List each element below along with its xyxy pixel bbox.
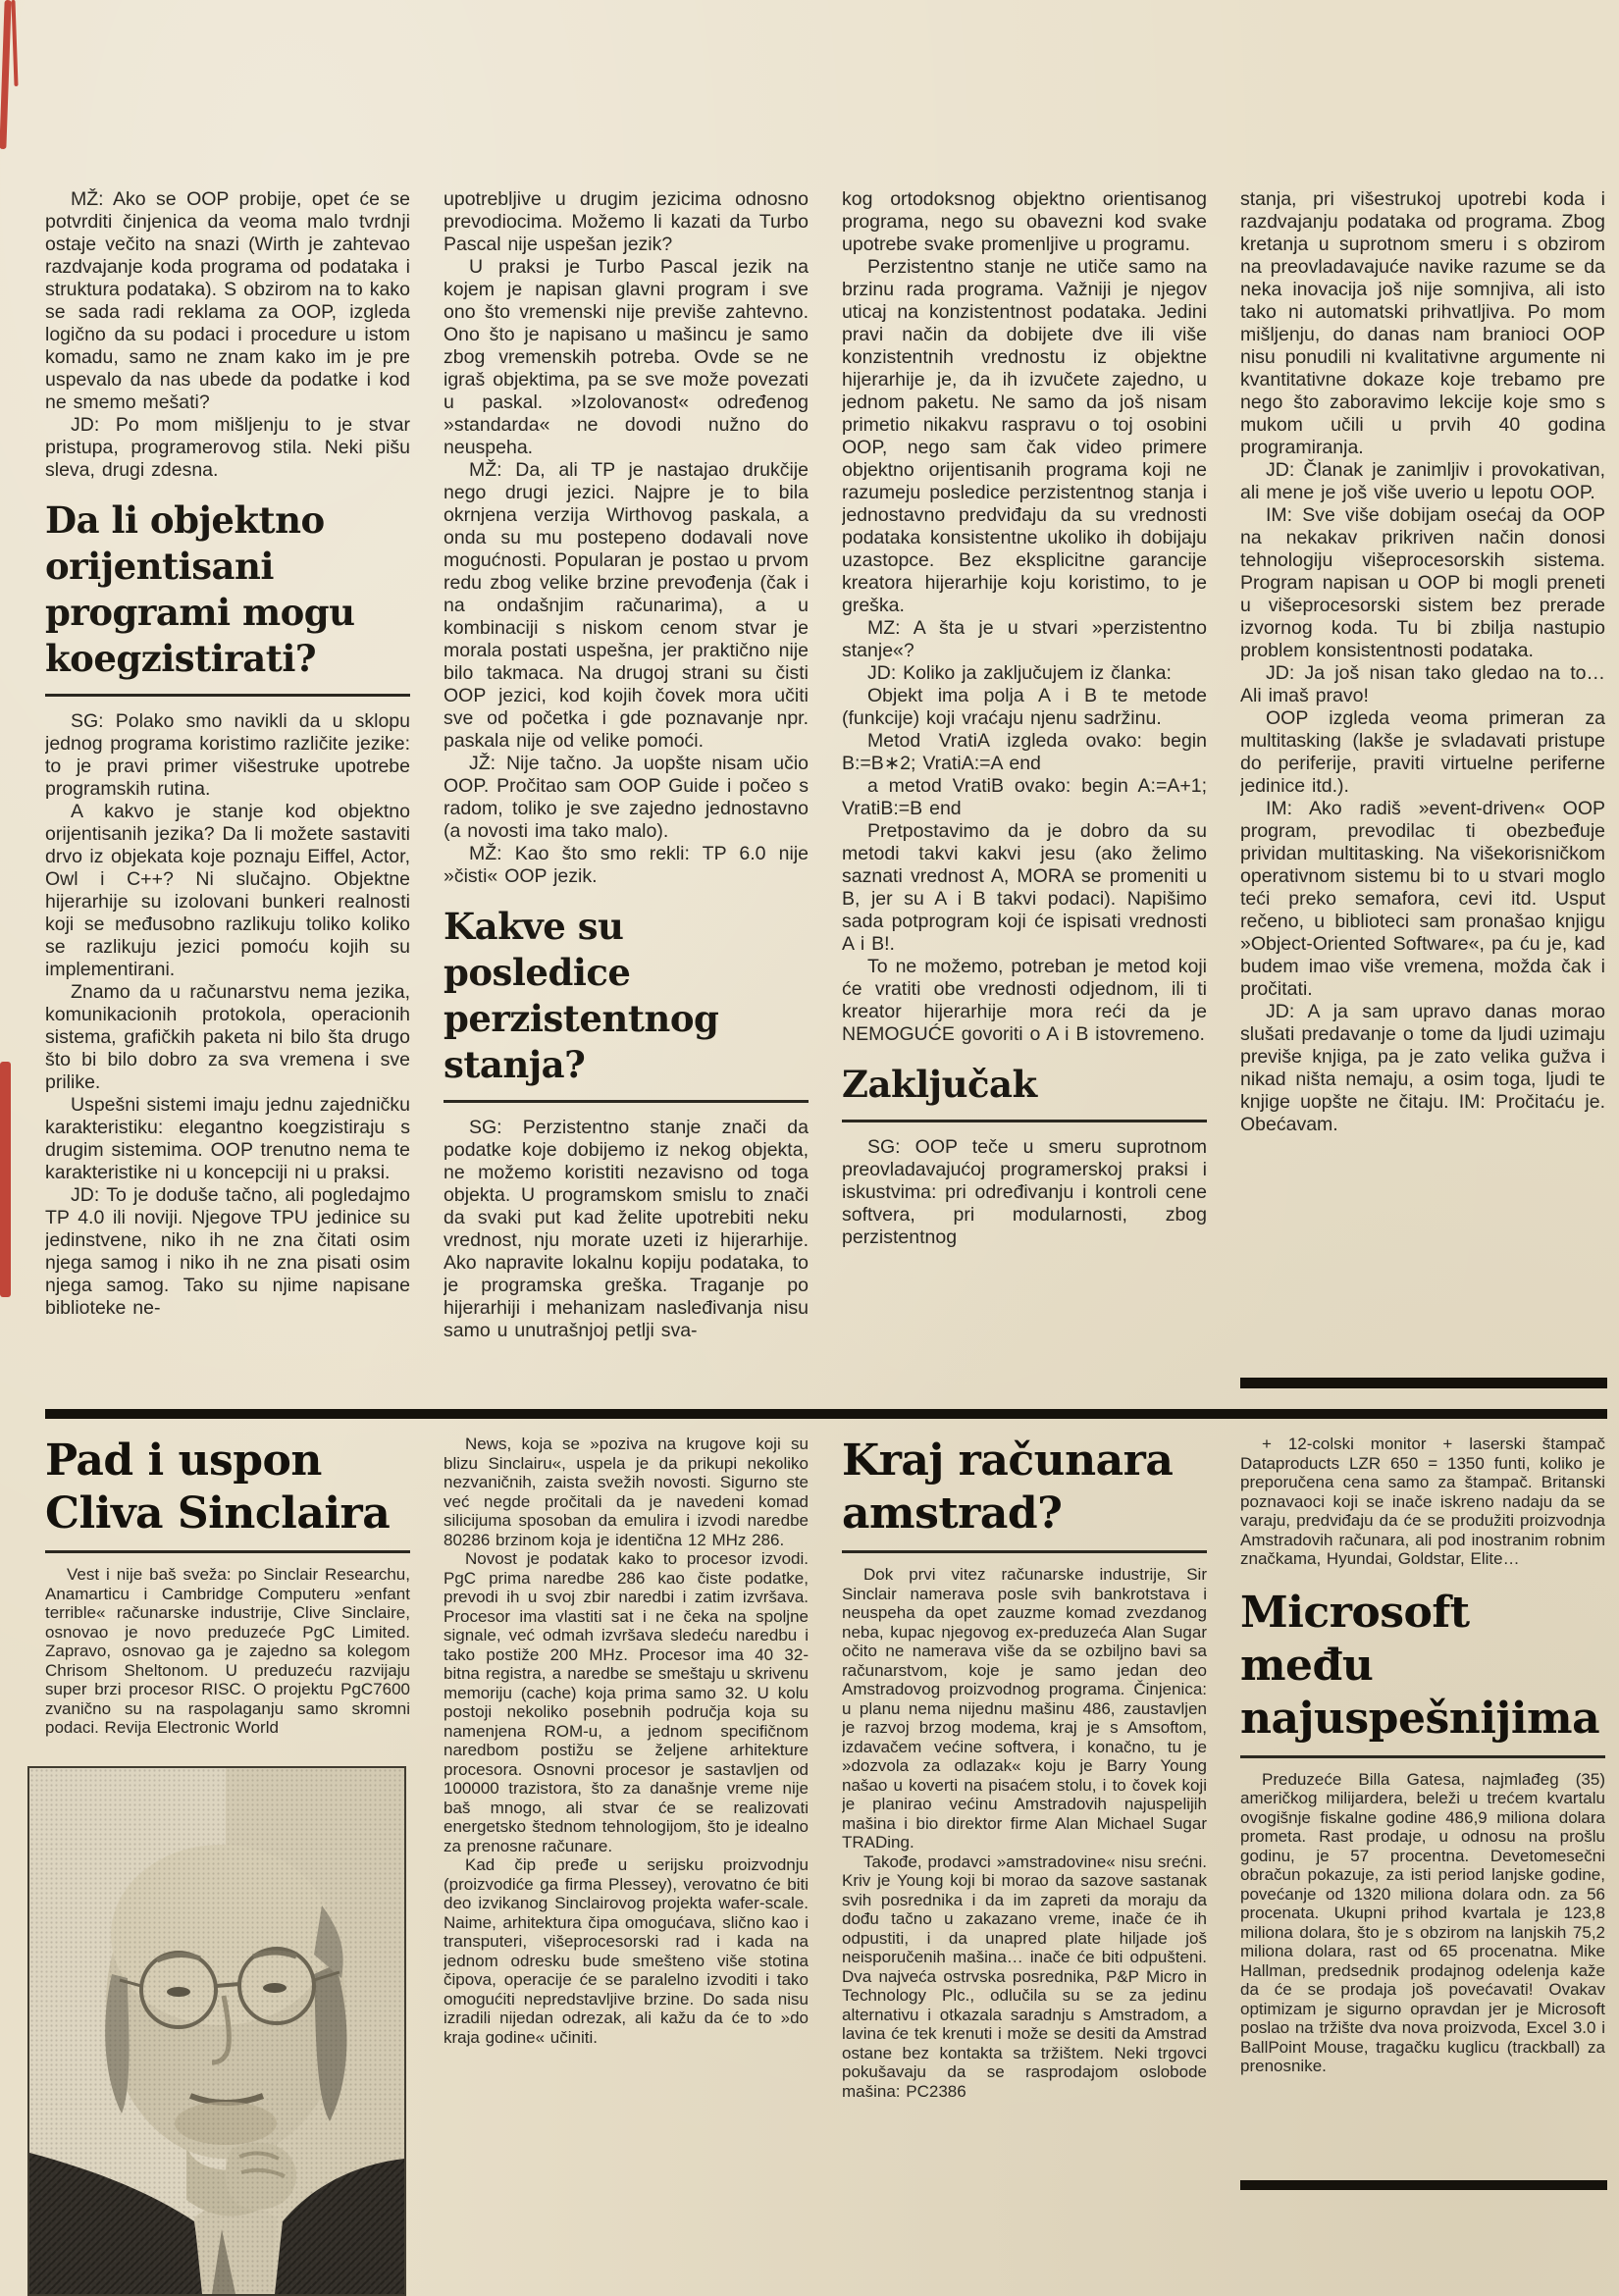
interview-code-line: Metod VratiA izgleda ovako: begin B:=B∗2… — [842, 730, 1207, 775]
interview-paragraph: JD: A ja sam upravo danas morao slušati … — [1240, 1001, 1605, 1136]
interview-paragraph: A kakvo je stanje kod objektno orijentis… — [45, 801, 410, 981]
article-paragraph: Novost je podatak kako to procesor izvod… — [444, 1549, 809, 1855]
interview-paragraph: JD: Koliko ja zaključujem iz članka: — [842, 662, 1207, 685]
interview-paragraph: MŽ: Ako se OOP probije, opet će se potvr… — [45, 188, 410, 414]
article-paragraph: Preduzeće Billa Gatesa, najmlađeg (35) a… — [1240, 1770, 1605, 2076]
interview-column-1: MŽ: Ako se OOP probije, opet će se potvr… — [45, 188, 410, 1413]
interview-paragraph: Perzistentno stanje ne utiče samo na brz… — [842, 256, 1207, 617]
heading-rule — [842, 1550, 1207, 1553]
section-heading-perzistentno-stanje: Kakve su posledice perzistentnog stanja? — [444, 904, 809, 1088]
interview-column-2: upotrebljive u drugim jezicima odnosno p… — [444, 188, 809, 1413]
interview-paragraph: Znamo da u računarstvu nema jezika, komu… — [45, 981, 410, 1094]
article-paragraph: Dok prvi vitez računarske industrije, Si… — [842, 1565, 1207, 1852]
interview-code-line: a metod VratiB ovako: begin A:=A+1; Vrat… — [842, 775, 1207, 820]
article-end-rule — [1240, 2180, 1607, 2190]
interview-paragraph: IM: Ako radiš »event-driven« OOP program… — [1240, 798, 1605, 1001]
clive-sinclair-photo — [27, 1766, 406, 2296]
article-heading-amstrad: Kraj računara amstrad? — [842, 1435, 1207, 1540]
heading-rule — [45, 694, 410, 697]
amstrad-article-column: Kraj računara amstrad? Dok prvi vitez ra… — [842, 1435, 1207, 2296]
red-scan-mark — [11, 0, 18, 86]
heading-rule — [444, 1100, 809, 1103]
heading-rule — [45, 1550, 410, 1553]
interview-paragraph: Uspešni sistemi imaju jednu zajedničku k… — [45, 1094, 410, 1184]
interview-column-4: stanja, pri višestrukoj upotrebi koda i … — [1240, 188, 1605, 1413]
article-paragraph: News, koja se »poziva na krugove koji su… — [444, 1435, 809, 1549]
section-heading-koegzistiranje: Da li objektno orijentisani programi mog… — [45, 497, 410, 682]
interview-paragraph: stanja, pri višestrukoj upotrebi koda i … — [1240, 188, 1605, 459]
section-heading-zakljucak: Zaključak — [842, 1062, 1207, 1108]
interview-paragraph: SG: Polako smo navikli da u sklopu jedno… — [45, 710, 410, 801]
heading-rule — [842, 1120, 1207, 1122]
sinclair-article-column: Pad i uspon Cliva Sinclaira Vest i nije … — [45, 1435, 410, 1776]
interview-paragraph: U praksi je Turbo Pascal jezik na kojem … — [444, 256, 809, 459]
clive-sinclair-portrait-illustration — [29, 1768, 404, 2294]
interview-paragraph: JD: To je doduše tačno, ali pogledajmo T… — [45, 1184, 410, 1320]
interview-paragraph: JD: Članak je zanimljiv i provokativan, … — [1240, 459, 1605, 504]
magazine-page: { "page": { "paper_color": "#e9e0ca", "i… — [0, 0, 1619, 2296]
interview-paragraph: IM: Sve više dobijam osećaj da OOP na ne… — [1240, 504, 1605, 662]
interview-paragraph: JD: Ja još nisan tako gledao na to… Ali … — [1240, 662, 1605, 707]
interview-paragraph: MŽ: Da, ali TP je nastajao drukčije nego… — [444, 459, 809, 753]
interview-paragraph: JŽ: Nije tačno. Ja uopšte nisam učio OOP… — [444, 753, 809, 843]
interview-paragraph: JD: Po mom mišljenju to je stvar pristup… — [45, 414, 410, 482]
microsoft-article-column: + 12-colski monitor + laserski štampač D… — [1240, 1435, 1605, 2170]
article-heading-sinclair: Pad i uspon Cliva Sinclaira — [45, 1435, 410, 1540]
interview-column-3: kog ortodoksnog objektno orientisanog pr… — [842, 188, 1207, 1413]
article-paragraph: + 12-colski monitor + laserski štampač D… — [1240, 1435, 1605, 1569]
article-paragraph: Kad čip pređe u serijsku proizvodnju (pr… — [444, 1855, 809, 2047]
article-paragraph: Takođe, prodavci »amstradovine« nisu sre… — [842, 1852, 1207, 2102]
interview-paragraph: To ne možemo, potreban je metod koji će … — [842, 956, 1207, 1046]
sinclair-article-column-2: News, koja se »poziva na krugove koji su… — [444, 1435, 809, 2296]
interview-paragraph: Objekt ima polja A i B te metode (funkci… — [842, 685, 1207, 730]
heading-rule — [1240, 1755, 1605, 1758]
interview-paragraph: SG: OOP teče u smeru suprotnom preovlada… — [842, 1136, 1207, 1249]
interview-paragraph: kog ortodoksnog objektno orientisanog pr… — [842, 188, 1207, 256]
interview-paragraph: MŽ: Kao što smo rekli: TP 6.0 nije »čist… — [444, 843, 809, 888]
red-scan-mark — [0, 1062, 11, 1297]
interview-paragraph: OOP izgleda veoma primeran za multitaski… — [1240, 707, 1605, 798]
red-scan-mark — [0, 0, 12, 149]
article-end-rule — [1240, 1378, 1607, 1388]
article-heading-microsoft: Microsoft među najuspešnijima — [1240, 1587, 1605, 1746]
interview-paragraph: SG: Perzistentno stanje znači da podatke… — [444, 1117, 809, 1342]
interview-paragraph: MZ: A šta je u stvari »perzistentno stan… — [842, 617, 1207, 662]
article-paragraph: Vest i nije baš sveža: po Sinclair Resea… — [45, 1565, 410, 1738]
section-divider-rule — [45, 1409, 1607, 1419]
interview-paragraph: upotrebljive u drugim jezicima odnosno p… — [444, 188, 809, 256]
interview-paragraph: Pretpostavimo da je dobro da su metodi t… — [842, 820, 1207, 956]
